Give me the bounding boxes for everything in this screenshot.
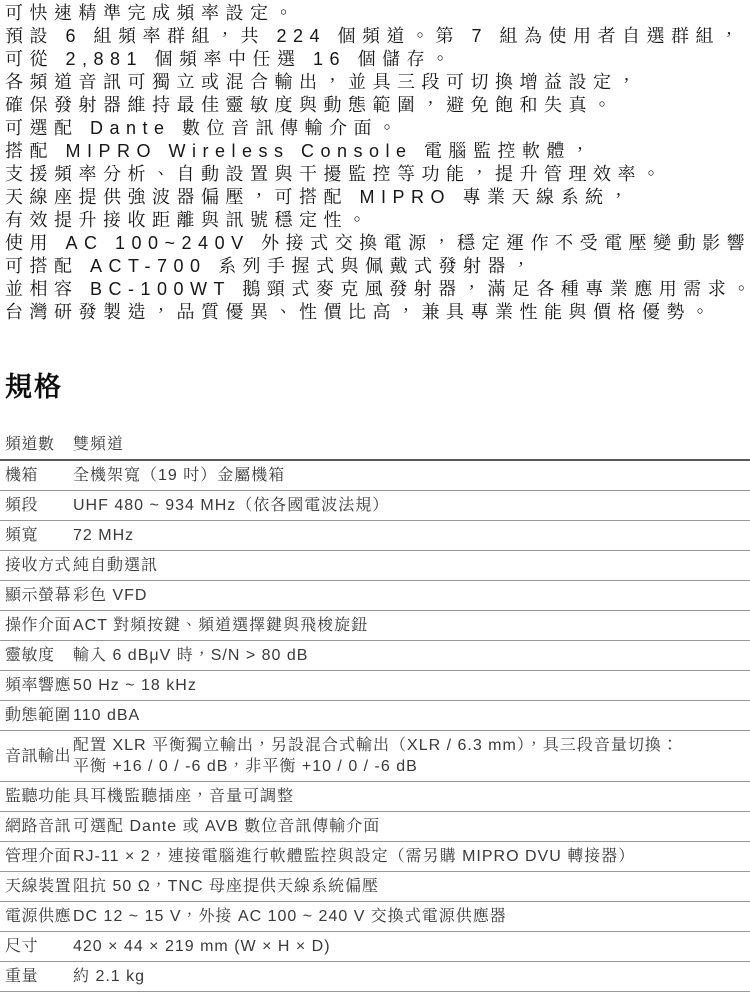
spec-row: 靈敏度輸入 6 dBμV 時，S/N > 80 dB	[0, 641, 750, 671]
intro-line: 可選配 Dante 數位音訊傳輸介面。	[5, 117, 748, 140]
spec-label: 頻寬	[0, 521, 73, 551]
spec-value: 50 Hz ~ 18 kHz	[73, 671, 750, 701]
spec-row: 音訊輸出配置 XLR 平衡獨立輸出，另設混合式輸出（XLR / 6.3 mm），…	[0, 731, 750, 782]
intro-line: 可從 2,881 個頻率中任選 16 個儲存。	[5, 48, 748, 71]
spec-label: 監聽功能	[0, 782, 73, 812]
spec-label: 顯示螢幕	[0, 581, 73, 611]
intro-line: 搭配 MIPRO Wireless Console 電腦監控軟體，	[5, 140, 748, 163]
spec-label: 電源供應	[0, 902, 73, 932]
spec-row: 操作介面ACT 對頻按鍵、頻道選擇鍵與飛梭旋鈕	[0, 611, 750, 641]
spec-row: 管理介面RJ-11 × 2，連接電腦進行軟體監控與設定（需另購 MIPRO DV…	[0, 842, 750, 872]
spec-row: 頻道數雙頻道	[0, 430, 750, 460]
intro-line: 確保發射器維持最佳靈敏度與動態範圍，避免飽和失真。	[5, 94, 748, 117]
spec-row: 頻寬72 MHz	[0, 521, 750, 551]
spec-label: 頻率響應	[0, 671, 73, 701]
spec-value: 420 × 44 × 219 mm (W × H × D)	[73, 932, 750, 962]
spec-row: 監聽功能具耳機監聽插座，音量可調整	[0, 782, 750, 812]
product-description: 可快速精準完成頻率設定。預設 6 組頻率群組，共 224 個頻道。第 7 組為使…	[0, 0, 750, 324]
intro-line: 預設 6 組頻率群組，共 224 個頻道。第 7 組為使用者自選群組，	[5, 25, 748, 48]
intro-line: 天線座提供強波器偏壓，可搭配 MIPRO 專業天線系統，	[5, 186, 748, 209]
spec-value: 具耳機監聽插座，音量可調整	[73, 782, 750, 812]
spec-value: UHF 480 ~ 934 MHz（依各國電波法規）	[73, 491, 750, 521]
spec-value: 純自動選訊	[73, 551, 750, 581]
spec-label: 頻段	[0, 491, 73, 521]
spec-label: 網路音訊	[0, 812, 73, 842]
spec-label: 機箱	[0, 460, 73, 491]
spec-label: 操作介面	[0, 611, 73, 641]
spec-value: 雙頻道	[73, 430, 750, 460]
spec-value: 彩色 VFD	[73, 581, 750, 611]
intro-line: 台灣研發製造，品質優異、性價比高，兼具專業性能與價格優勢。	[5, 301, 748, 324]
product-spec-page: 可快速精準完成頻率設定。預設 6 組頻率群組，共 224 個頻道。第 7 組為使…	[0, 0, 750, 1000]
spec-value: ACT 對頻按鍵、頻道選擇鍵與飛梭旋鈕	[73, 611, 750, 641]
spec-label: 音訊輸出	[0, 731, 73, 782]
spec-row: 頻段UHF 480 ~ 934 MHz（依各國電波法規）	[0, 491, 750, 521]
spec-row: 機箱全機架寬（19 吋）金屬機箱	[0, 460, 750, 491]
spec-value: 可選配 Dante 或 AVB 數位音訊傳輸介面	[73, 812, 750, 842]
spec-row: 電源供應DC 12 ~ 15 V，外接 AC 100 ~ 240 V 交換式電源…	[0, 902, 750, 932]
spec-label: 接收方式	[0, 551, 73, 581]
intro-line: 使用 AC 100~240V 外接式交換電源，穩定運作不受電壓變動影響。	[5, 232, 748, 255]
spec-row: 重量約 2.1 kg	[0, 962, 750, 992]
intro-line: 有效提升接收距離與訊號穩定性。	[5, 209, 748, 232]
spec-value: 輸入 6 dBμV 時，S/N > 80 dB	[73, 641, 750, 671]
spec-label: 頻道數	[0, 430, 73, 460]
intro-line: 各頻道音訊可獨立或混合輸出，並具三段可切換增益設定，	[5, 71, 748, 94]
spec-value: 阻抗 50 Ω，TNC 母座提供天線系統偏壓	[73, 872, 750, 902]
spec-row: 接收方式純自動選訊	[0, 551, 750, 581]
spec-value: 110 dBA	[73, 701, 750, 731]
spec-value: 全機架寬（19 吋）金屬機箱	[73, 460, 750, 491]
spec-row: 天線裝置阻抗 50 Ω，TNC 母座提供天線系統偏壓	[0, 872, 750, 902]
intro-line: 並相容 BC-100WT 鵝頸式麥克風發射器，滿足各種專業應用需求。	[5, 278, 748, 301]
spec-value: RJ-11 × 2，連接電腦進行軟體監控與設定（需另購 MIPRO DVU 轉接…	[73, 842, 750, 872]
spec-label: 重量	[0, 962, 73, 992]
intro-line: 支援頻率分析、自動設置與干擾監控等功能，提升管理效率。	[5, 163, 748, 186]
spec-label: 管理介面	[0, 842, 73, 872]
spec-value: 72 MHz	[73, 521, 750, 551]
spec-row: 顯示螢幕彩色 VFD	[0, 581, 750, 611]
intro-line: 可快速精準完成頻率設定。	[5, 2, 748, 25]
spec-value: DC 12 ~ 15 V，外接 AC 100 ~ 240 V 交換式電源供應器	[73, 902, 750, 932]
intro-line: 可搭配 ACT-700 系列手握式與佩戴式發射器，	[5, 255, 748, 278]
spec-row: 網路音訊可選配 Dante 或 AVB 數位音訊傳輸介面	[0, 812, 750, 842]
spec-label: 尺寸	[0, 932, 73, 962]
spec-label: 靈敏度	[0, 641, 73, 671]
spec-row: 動態範圍110 dBA	[0, 701, 750, 731]
spec-row: 頻率響應50 Hz ~ 18 kHz	[0, 671, 750, 701]
spec-label: 天線裝置	[0, 872, 73, 902]
spec-value: 配置 XLR 平衡獨立輸出，另設混合式輸出（XLR / 6.3 mm），具三段音…	[73, 731, 750, 782]
spec-label: 動態範圍	[0, 701, 73, 731]
specs-table: 頻道數雙頻道機箱全機架寬（19 吋）金屬機箱頻段UHF 480 ~ 934 MH…	[0, 430, 750, 992]
specs-section-title: 規格	[5, 372, 750, 402]
spec-value: 約 2.1 kg	[73, 962, 750, 992]
spec-row: 尺寸420 × 44 × 219 mm (W × H × D)	[0, 932, 750, 962]
